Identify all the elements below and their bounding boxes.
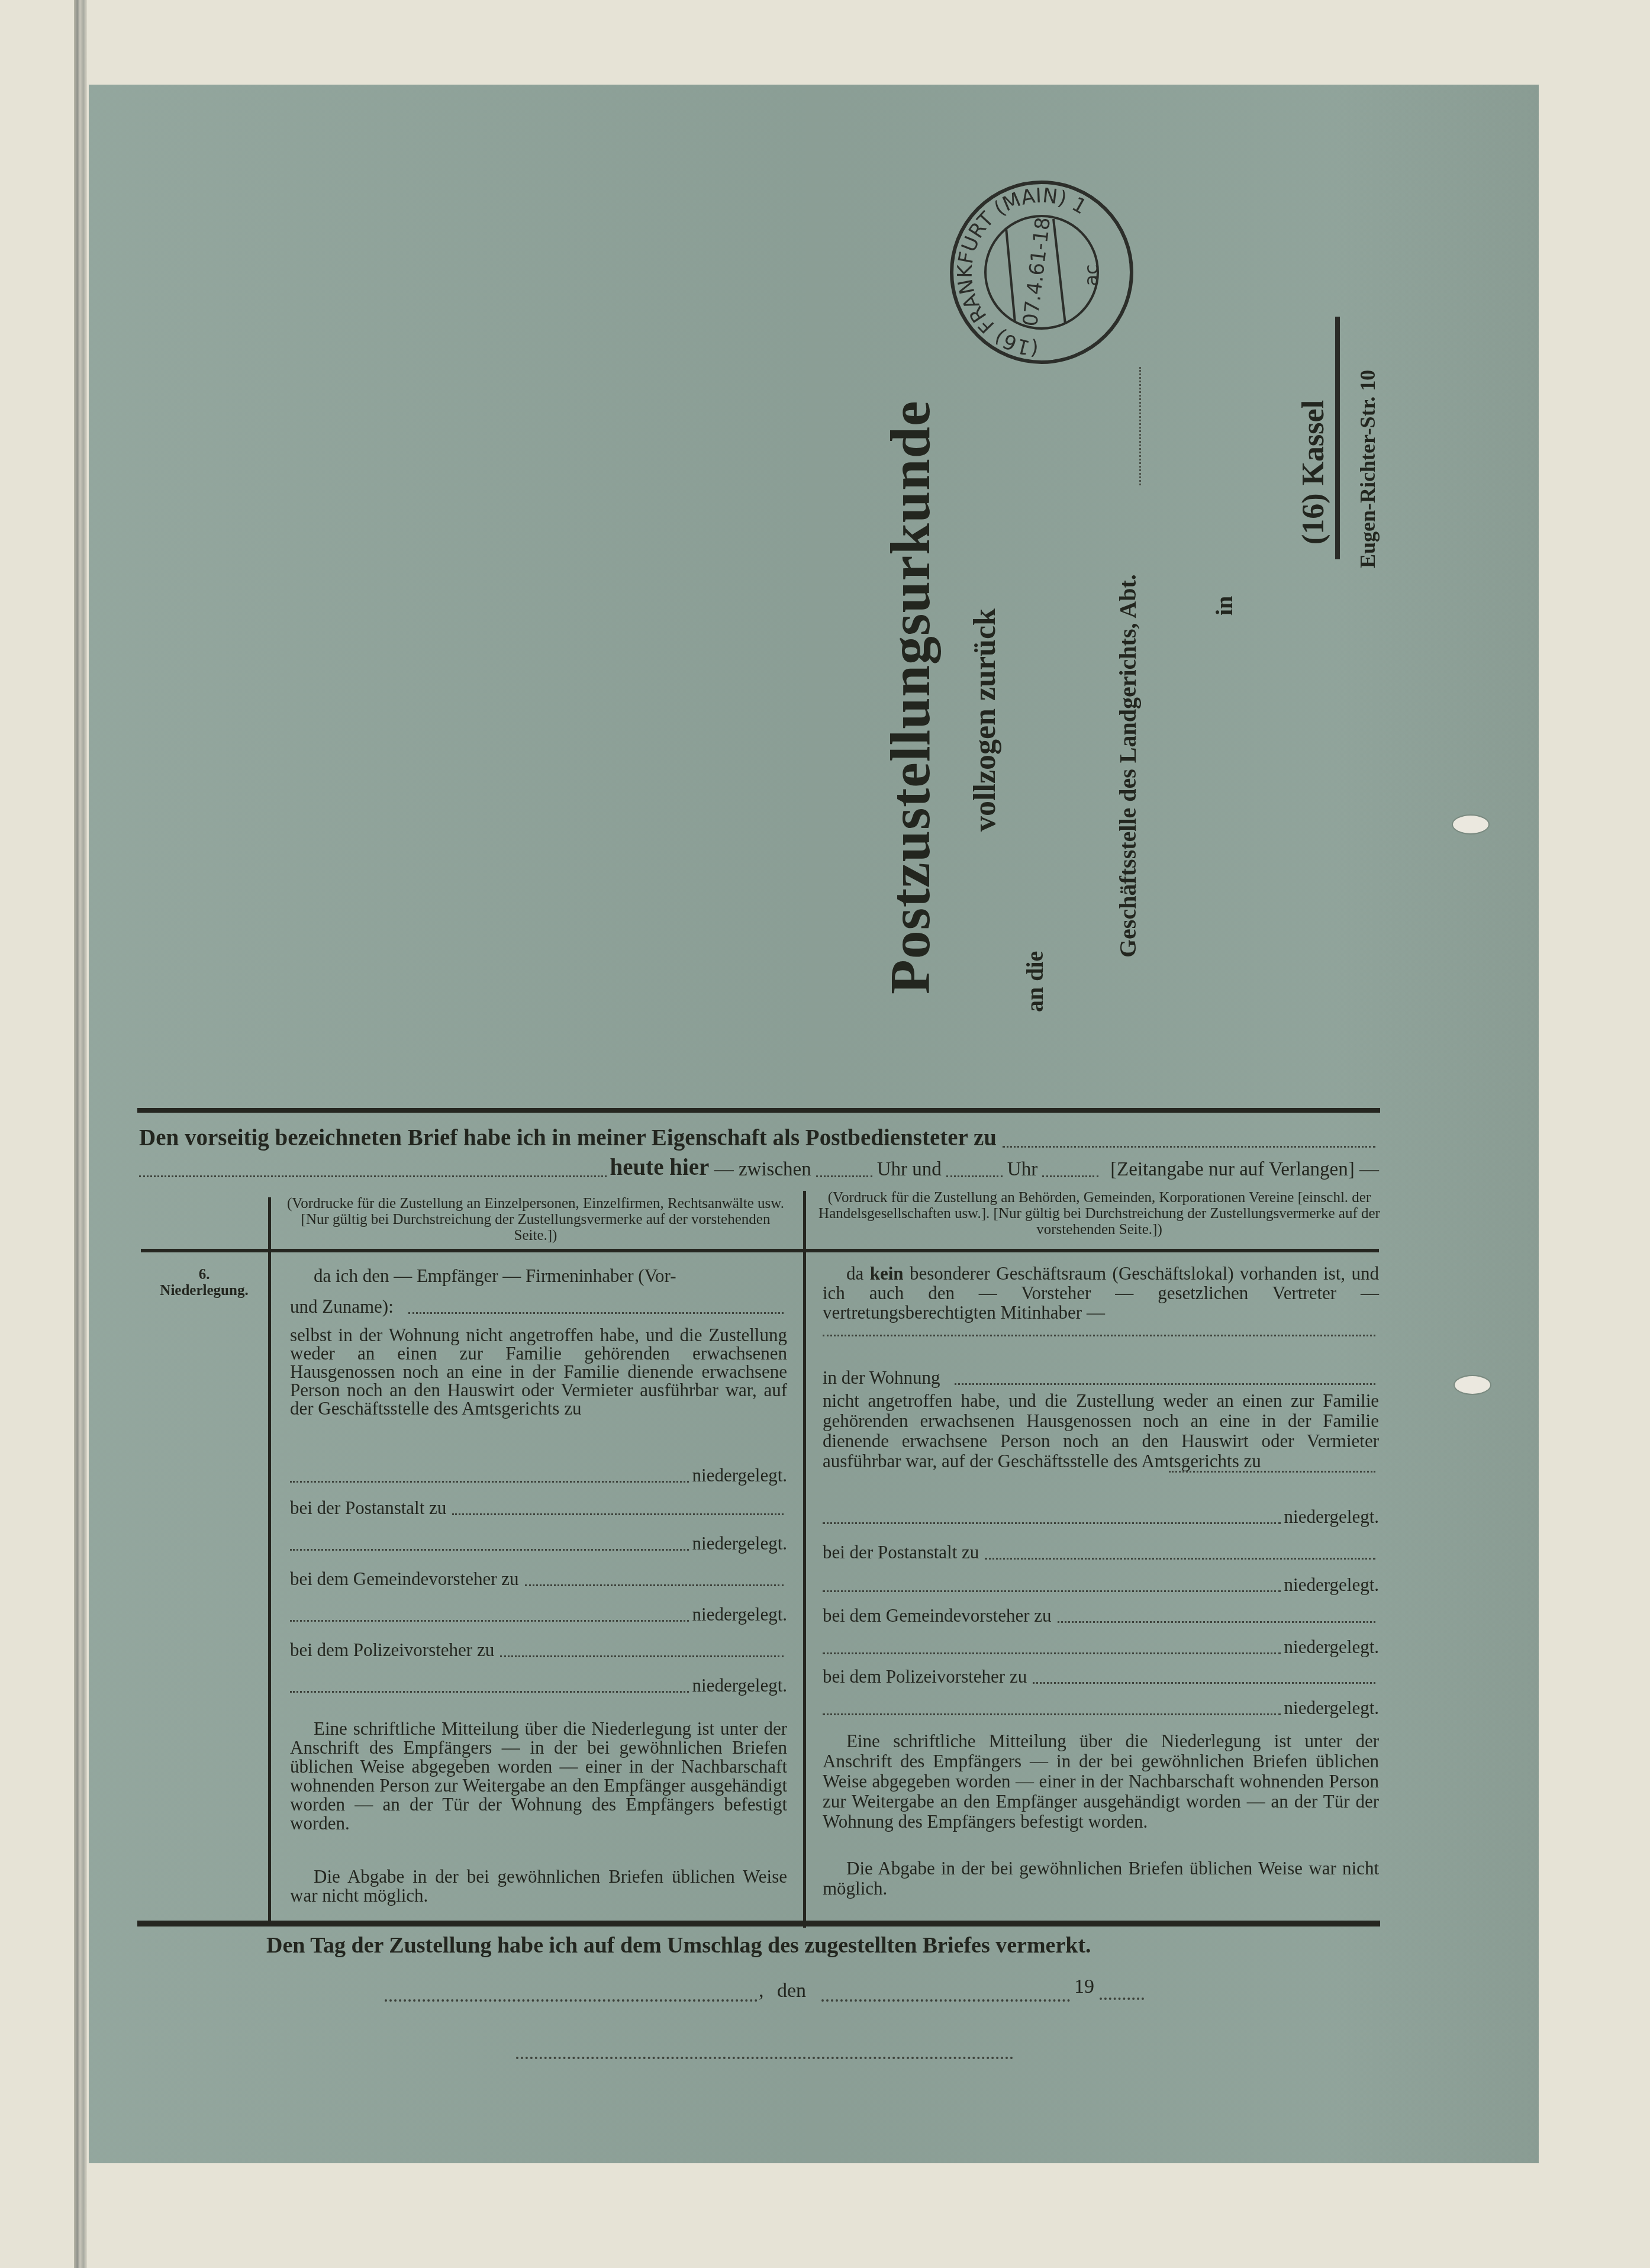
wohnung-blank[interactable] — [955, 1383, 1375, 1385]
right-amtsgericht-row: niedergelegt. — [823, 1506, 1379, 1528]
niedergelegt-label: niedergelegt. — [692, 1533, 787, 1554]
intro-line-2: heute hier — zwischen Uhr und Uhr [Zeita… — [139, 1154, 1379, 1181]
recipient-blank[interactable] — [1139, 367, 1141, 485]
right-paragraph-1: da kein besonderer Geschäftsraum (Geschä… — [823, 1264, 1379, 1322]
amtsgericht-blank-right-2[interactable] — [823, 1522, 1281, 1524]
form-bottom-rule — [137, 1921, 1380, 1926]
den-label: den — [777, 1980, 806, 2002]
left-postanstalt-row-2: niedergelegt. — [290, 1533, 787, 1554]
form-top-rule — [137, 1108, 1380, 1113]
right-name-blank-row — [823, 1335, 1379, 1340]
name-label: und Zuname): — [290, 1296, 394, 1317]
postmark-date: 07.4.61-18 — [1019, 216, 1055, 328]
polizei-blank[interactable] — [500, 1655, 784, 1657]
date-blank[interactable] — [821, 1999, 1070, 2002]
niedergelegt-label: niedergelegt. — [1284, 1636, 1379, 1658]
polizei-blank-2[interactable] — [290, 1691, 689, 1693]
right-gemeinde-row-2: niedergelegt. — [823, 1636, 1379, 1658]
postal-location-blank[interactable] — [1003, 1146, 1375, 1148]
time-to-blank[interactable] — [946, 1175, 1003, 1177]
place-blank[interactable] — [385, 1999, 758, 2002]
gemeinde-label: bei dem Gemeindevorsteher zu — [823, 1605, 1052, 1626]
right-wohnung-row: in der Wohnung — [823, 1367, 1379, 1388]
left-line-1: da ich den — Empfänger — Firmeninhaber (… — [290, 1267, 787, 1285]
header-rule — [141, 1249, 1379, 1252]
right-postanstalt-row-2: niedergelegt. — [823, 1574, 1379, 1596]
time-extra-blank[interactable] — [1042, 1175, 1098, 1177]
an-die-label: an die — [1021, 951, 1049, 1012]
city-underline — [1335, 317, 1340, 559]
year-prefix: 19 — [1074, 1976, 1094, 1998]
right-abgabe: Die Abgabe in der bei gewöhnlichen Brief… — [823, 1858, 1379, 1899]
delivery-date-statement: Den Tag der Zustellung habe ich auf dem … — [266, 1932, 1091, 1958]
postanstalt-blank-2[interactable] — [290, 1549, 689, 1551]
left-amtsgericht-row: niedergelegt. — [290, 1465, 787, 1486]
punch-hole — [1455, 1376, 1490, 1394]
left-polizei-row: bei dem Polizeivorsteher zu — [290, 1639, 787, 1661]
wohnung-label: in der Wohnung — [823, 1367, 940, 1388]
right-gemeinde-row: bei dem Gemeindevorsteher zu — [823, 1605, 1379, 1626]
da-label: da — [846, 1263, 863, 1284]
kein-emphasis: kein — [870, 1263, 904, 1284]
left-polizei-row-2: niedergelegt. — [290, 1675, 787, 1696]
comma: , — [759, 1980, 764, 2002]
left-abgabe: Die Abgabe in der bei gewöhnlichen Brief… — [290, 1867, 787, 1905]
time-note: [Zeitangabe nur auf Verlangen] — — [1110, 1159, 1379, 1181]
binder-strip — [74, 0, 87, 2268]
left-gemeinde-row-2: niedergelegt. — [290, 1604, 787, 1625]
right-paragraph-2: nicht angetroffen habe, und die Zustellu… — [823, 1391, 1379, 1471]
left-gemeinde-row: bei dem Gemeindevorsteher zu — [290, 1568, 787, 1590]
postanstalt-blank-right[interactable] — [985, 1558, 1375, 1560]
punch-hole — [1453, 816, 1488, 833]
right-column-note: (Vordruck für die Zustellung an Behörden… — [817, 1190, 1382, 1238]
document-title: Postzustellungsurkunde — [877, 400, 943, 994]
postanstalt-blank[interactable] — [452, 1513, 784, 1515]
zwischen-label: — zwischen — [714, 1159, 811, 1181]
intro-line-1: Den vorseitig bezeichneten Brief habe ic… — [139, 1125, 1379, 1151]
left-postanstalt-row: bei der Postanstalt zu — [290, 1497, 787, 1519]
amtsgericht-blank[interactable] — [290, 1481, 689, 1483]
right-mitteilung: Eine schriftliche Mitteilung über die Ni… — [823, 1731, 1379, 1832]
recipient-name-blank[interactable] — [408, 1312, 784, 1314]
postmark-code: ac — [1080, 264, 1103, 286]
postanstalt-label: bei der Postanstalt zu — [290, 1497, 446, 1519]
document-card — [89, 85, 1539, 2163]
postanstalt-blank-right-2[interactable] — [823, 1590, 1281, 1592]
center-col-divider — [803, 1191, 806, 1928]
signature-blank[interactable] — [516, 2057, 1013, 2059]
street: Eugen-Richter-Str. 10 — [1355, 370, 1380, 568]
niedergelegt-label: niedergelegt. — [692, 1465, 787, 1486]
polizei-blank-right-2[interactable] — [823, 1713, 1281, 1715]
right-postanstalt-row: bei der Postanstalt zu — [823, 1542, 1379, 1563]
heute-hier-label: heute hier — [610, 1154, 710, 1181]
paragraph-1-rest: besonderer Geschäftsraum (Geschäftslokal… — [823, 1263, 1379, 1323]
right-polizei-row: bei dem Polizeivorsteher zu — [823, 1666, 1379, 1687]
label-col-divider — [268, 1197, 271, 1925]
year-blank[interactable] — [1100, 1998, 1144, 2000]
polizei-label: bei dem Polizeivorsteher zu — [823, 1666, 1027, 1687]
left-column-note: (Vordrucke für die Zustellung an Einzelp… — [281, 1196, 790, 1243]
niedergelegt-label: niedergelegt. — [692, 1675, 787, 1696]
intro-text-1: Den vorseitig bezeichneten Brief habe ic… — [139, 1125, 997, 1151]
gemeinde-label: bei dem Gemeindevorsteher zu — [290, 1568, 519, 1590]
postmark-stamp: (16) FRANKFURT (MAIN) 1 07.4.61-18 ac — [941, 172, 1142, 373]
right-polizei-row-2: niedergelegt. — [823, 1697, 1379, 1719]
niedergelegt-label: niedergelegt. — [692, 1604, 787, 1625]
recipient-blank-2[interactable] — [139, 1175, 607, 1177]
gemeinde-blank-right-2[interactable] — [823, 1652, 1281, 1654]
representative-name-blank[interactable] — [823, 1335, 1375, 1336]
subtitle: vollzogen zurück — [968, 608, 1003, 832]
polizei-blank-right[interactable] — [1033, 1682, 1375, 1684]
amtsgericht-blank-right[interactable] — [1169, 1471, 1375, 1473]
left-mitteilung: Eine schriftliche Mitteilung über die Ni… — [290, 1719, 787, 1833]
uhr-und-label: Uhr und — [877, 1159, 942, 1181]
gemeinde-blank[interactable] — [525, 1584, 784, 1586]
postanstalt-label: bei der Postanstalt zu — [823, 1542, 979, 1563]
city: (16) Kassel — [1296, 400, 1331, 545]
left-paragraph: selbst in der Wohnung nicht angetroffen … — [290, 1326, 787, 1417]
uhr-label: Uhr — [1007, 1159, 1037, 1181]
polizei-label: bei dem Polizeivorsteher zu — [290, 1639, 494, 1661]
right-amtsgericht-blank-row — [1169, 1471, 1379, 1476]
left-name-row: und Zuname): — [290, 1296, 787, 1317]
niedergelegt-label: niedergelegt. — [1284, 1697, 1379, 1719]
gemeinde-blank-2[interactable] — [290, 1620, 689, 1622]
niedergelegt-label: niedergelegt. — [1284, 1574, 1379, 1596]
section-label: 6. Niederlegung. — [154, 1267, 254, 1299]
recipient-line: Geschäftsstelle des Landgerichts, Abt. — [1114, 574, 1142, 958]
time-from-blank[interactable] — [816, 1175, 872, 1177]
niedergelegt-label: niedergelegt. — [1284, 1506, 1379, 1528]
gemeinde-blank-right[interactable] — [1058, 1621, 1376, 1623]
in-label: in — [1210, 596, 1238, 616]
